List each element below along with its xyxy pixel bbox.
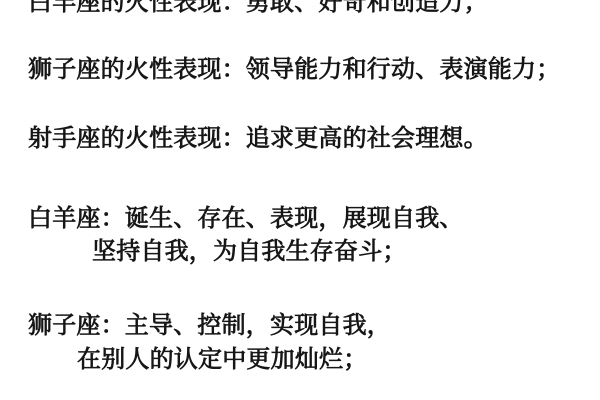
line-aries-self-part2: 坚持自我，为自我生存奋斗； bbox=[92, 239, 407, 264]
text-page: 白羊座的火性表现：勇敢、好奇和创造力； 狮子座的火性表现：领导能力和行动、表演能… bbox=[0, 0, 600, 400]
line-leo-fire-traits: 狮子座的火性表现：领导能力和行动、表演能力； bbox=[28, 57, 560, 82]
line-aries-self-part1: 白羊座：诞生、存在、表现，展现自我、 bbox=[28, 206, 464, 231]
line-sagittarius-fire-traits: 射手座的火性表现：追求更高的社会理想。 bbox=[28, 126, 488, 151]
line-leo-self-part2: 在别人的认定中更加灿烂； bbox=[77, 347, 367, 372]
line-aries-fire-traits: 白羊座的火性表现：勇敢、好奇和创造力； bbox=[28, 0, 488, 15]
line-leo-self-part1: 狮子座：主导、控制，实现自我， bbox=[28, 313, 391, 338]
